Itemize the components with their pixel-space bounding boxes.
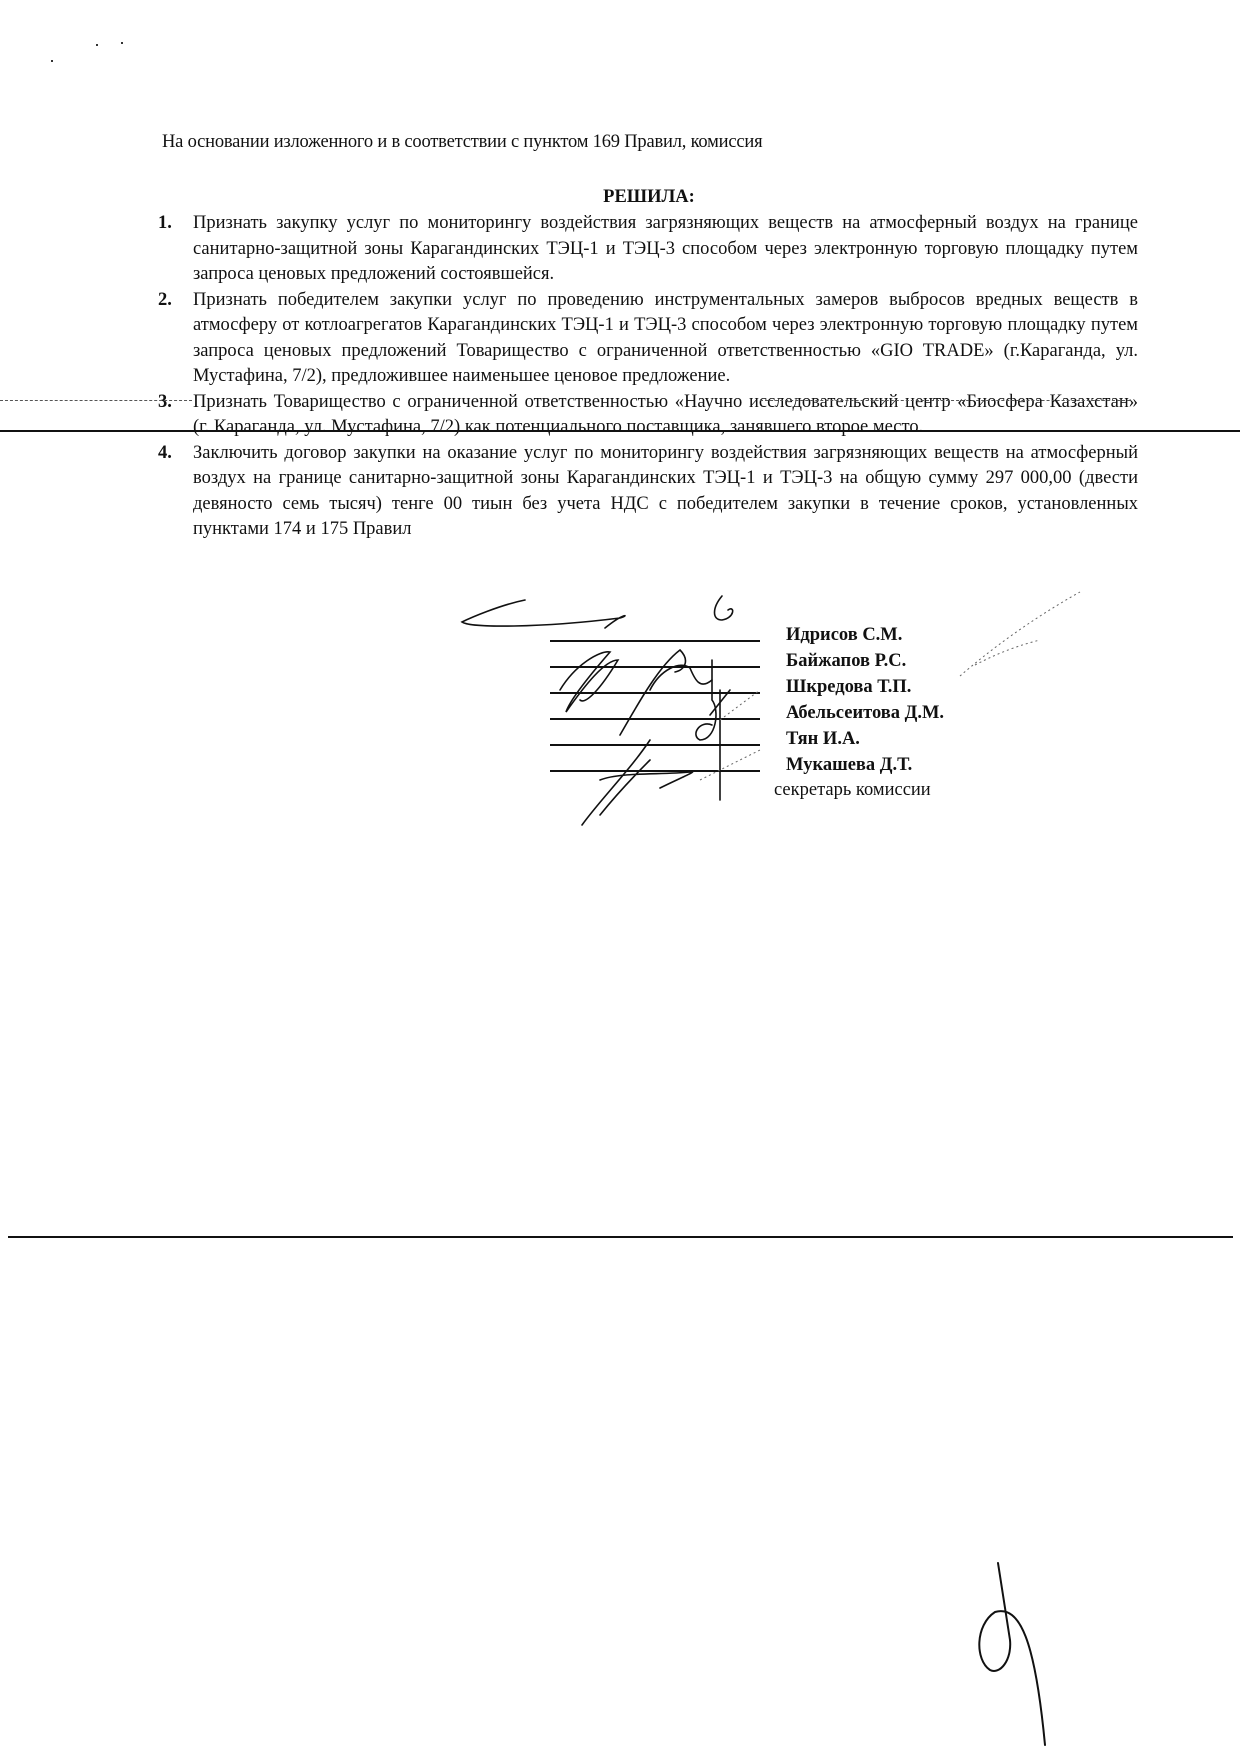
signatory-name: Шкредова Т.П. xyxy=(786,674,944,700)
signatory-name: Байжапов Р.С. xyxy=(786,648,944,674)
signatories-list: Идрисов С.М. Байжапов Р.С. Шкредова Т.П.… xyxy=(786,622,944,778)
secretary-label: секретарь комиссии xyxy=(774,780,931,801)
horizontal-rule xyxy=(8,1236,1233,1238)
signatory-name: Абельсеитова Д.М. xyxy=(786,700,944,726)
handwritten-signatures xyxy=(0,0,1240,1754)
signatory-name: Мукашева Д.Т. xyxy=(786,752,944,778)
signatory-name: Тян И.А. xyxy=(786,726,944,752)
signatory-name: Идрисов С.М. xyxy=(786,622,944,648)
document-page: На основании изложенного и в соответстви… xyxy=(0,0,1240,1754)
